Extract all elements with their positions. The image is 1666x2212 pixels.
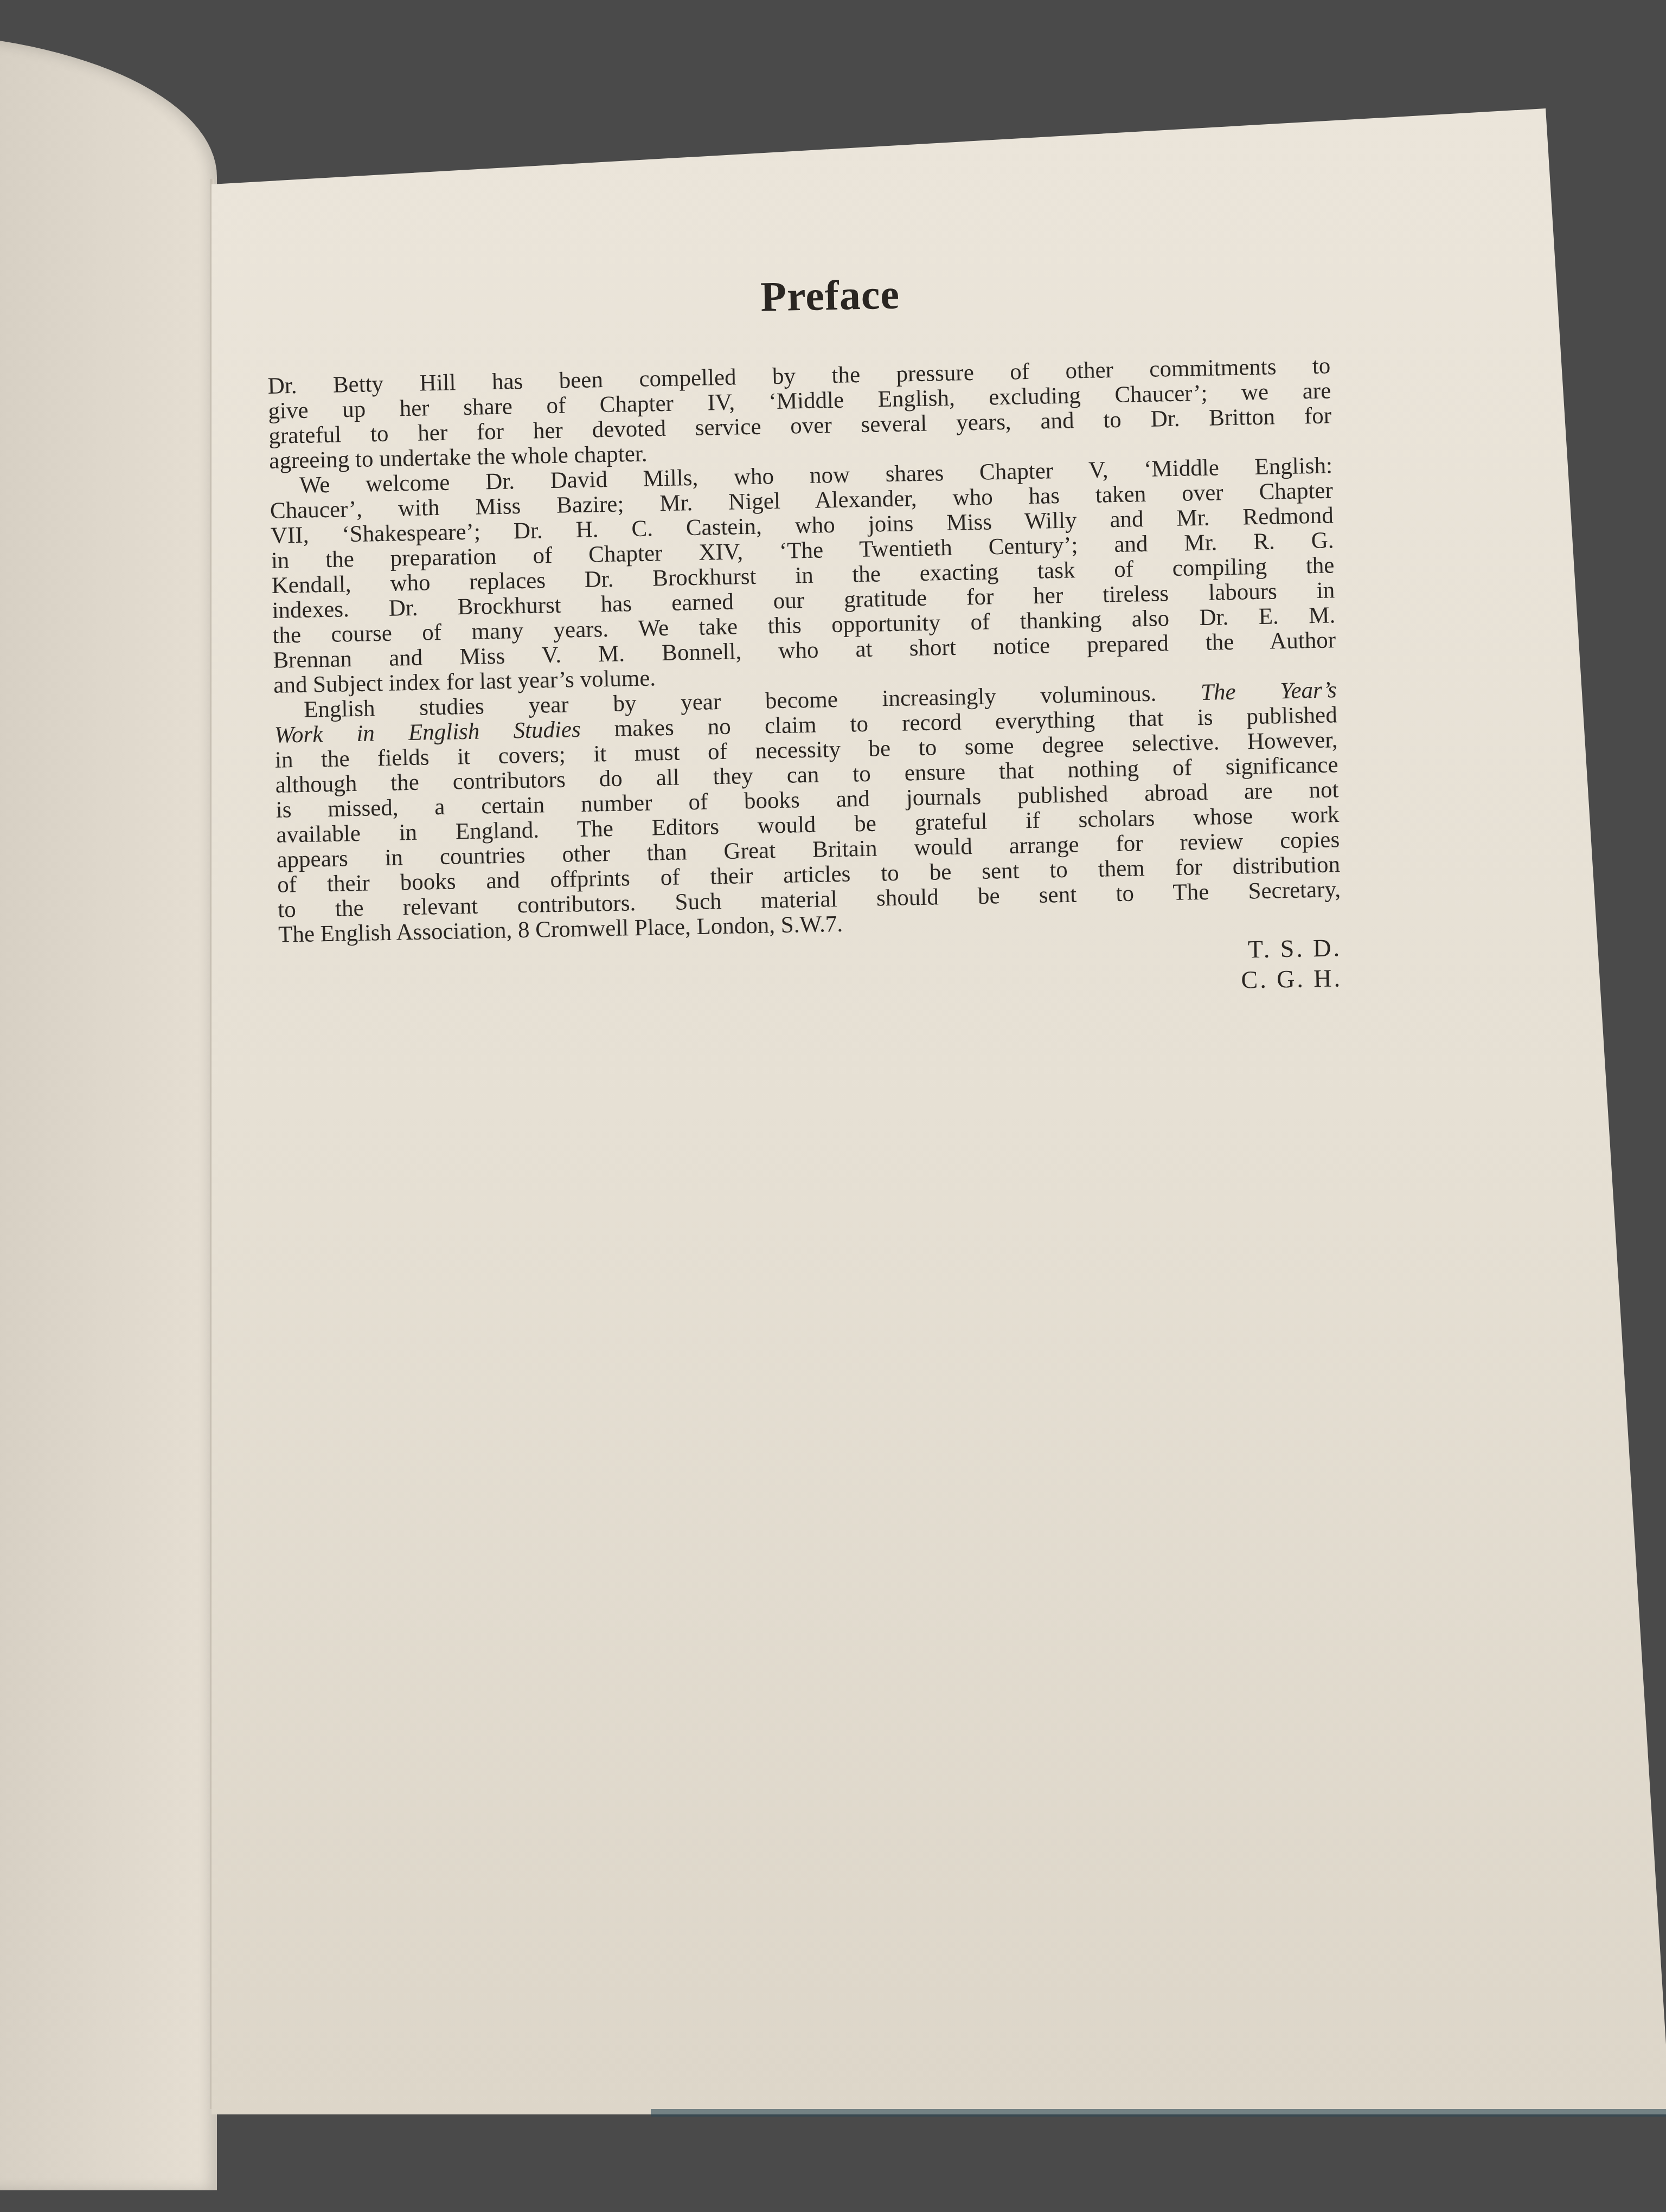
signature-initials: T. S. D. (1240, 933, 1342, 965)
paragraph-2: We welcome Dr. David Mills, who now shar… (270, 453, 1337, 698)
book-cover-edge (651, 2109, 1666, 2117)
signatures: T. S. D. C. G. H. (1240, 933, 1343, 995)
italic-book-title: The Year’s (1201, 677, 1337, 705)
preface-text-block: Preface Dr. Betty Hill has been compelle… (266, 261, 1341, 947)
signature-initials: C. G. H. (1241, 963, 1343, 995)
paragraph-3: English studies year by year become incr… (274, 678, 1341, 948)
left-page (0, 33, 217, 2190)
